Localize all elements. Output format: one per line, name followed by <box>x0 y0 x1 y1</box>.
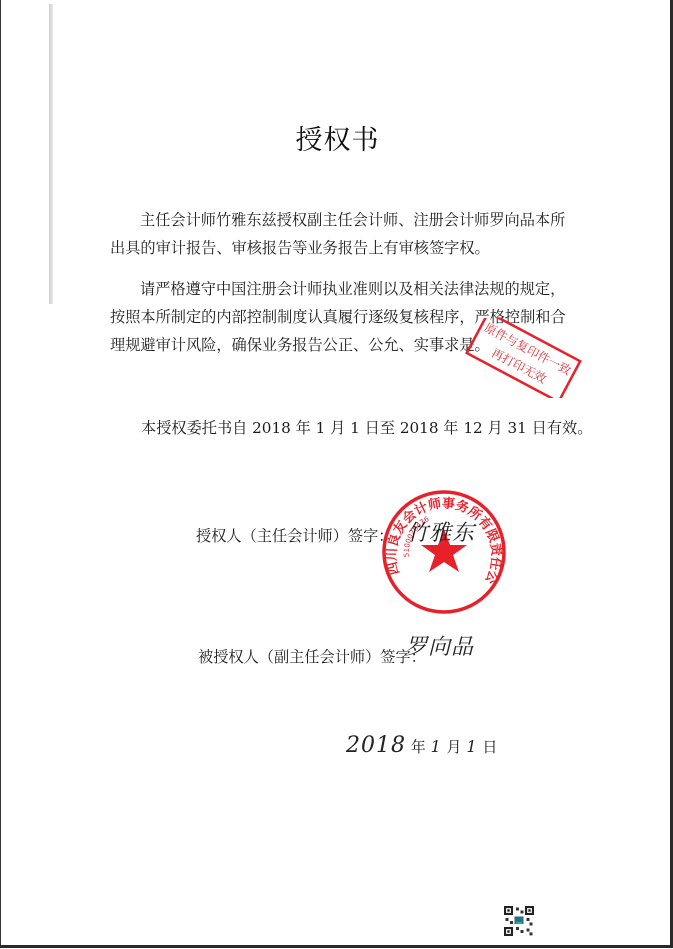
certified-copy-stamp: 原件与复印件一致 再打印无效 <box>463 318 583 398</box>
paragraph-line: 主任会计师竹雅东兹授权副主任会计师、注册会计师罗向品本所 <box>110 206 580 234</box>
date-year-label: 年 <box>411 738 426 756</box>
date-year: 2018 <box>346 733 406 758</box>
grantee-signature-label: 被授权人（副主任会计师）签字： <box>198 646 426 667</box>
date-month-label: 月 <box>447 738 462 756</box>
qr-code-icon[interactable] <box>504 906 534 936</box>
signing-date: 2018 年 1 月 1 日 <box>346 733 497 758</box>
grantor-signature: 竹雅东 <box>406 516 475 547</box>
company-seal: 四川良友会计师事务所有限责任公司 5100020476 <box>379 487 509 617</box>
grantor-signature-label: 授权人（主任会计师）签字： <box>196 525 393 546</box>
date-month: 1 <box>431 737 442 756</box>
document-page: 授权书 主任会计师竹雅东兹授权副主任会计师、注册会计师罗向品本所 出具的审计报告… <box>0 0 673 948</box>
document-title: 授权书 <box>1 118 673 157</box>
date-day: 1 <box>466 737 477 756</box>
date-day-label: 日 <box>482 738 497 756</box>
validity-period: 本授权委托书自 2018 年 1 月 1 日至 2018 年 12 月 31 日… <box>141 417 592 438</box>
paragraph-line: 请严格遵守中国注册会计师执业准则以及相关法律法规的规定， <box>110 275 580 303</box>
paragraph-line: 出具的审计报告、审核报告等业务报告上有审核签字权。 <box>110 234 580 262</box>
grantee-signature: 罗向品 <box>405 630 474 661</box>
authorization-paragraph: 主任会计师竹雅东兹授权副主任会计师、注册会计师罗向品本所 出具的审计报告、审核报… <box>110 206 580 262</box>
